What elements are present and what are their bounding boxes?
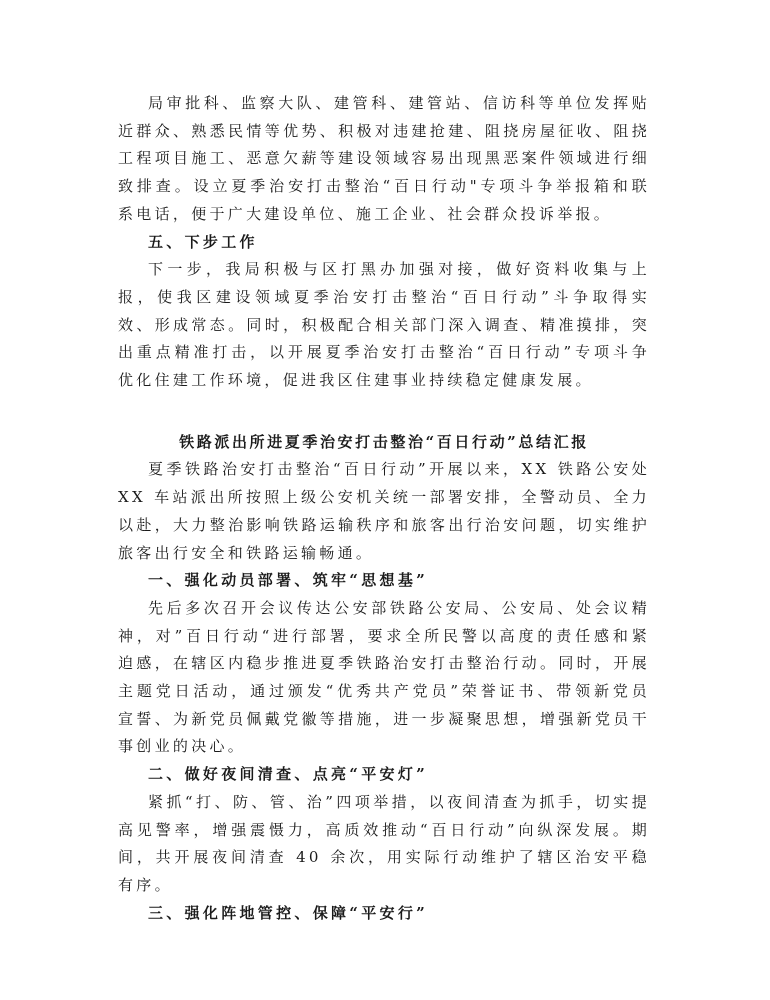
section-body-1: 先后多次召开会议传达公安部铁路公安局、公安局、处会议精神，对”百日行动“进行部署… <box>118 595 650 761</box>
report-title: 铁路派出所进夏季治安打击整治“百日行动”总结汇报 <box>118 429 650 457</box>
report-intro: 夏季铁路治安打击整治“百日行动”开展以来，XX 铁路公安处 XX 车站派出所按照… <box>118 456 650 567</box>
section-heading-1: 一、强化动员部署、筑牢“思想基” <box>118 567 650 595</box>
section-heading-next-steps: 五、下步工作 <box>118 229 650 257</box>
section-gap <box>118 395 650 429</box>
section-heading-3: 三、强化阵地管控、保障“平安行” <box>118 900 650 928</box>
paragraph-continued: 局审批科、监察大队、建管科、建管站、信访科等单位发挥贴近群众、熟悉民情等优势、积… <box>118 90 650 229</box>
section-body-2: 紧抓“打、防、管、治”四项举措，以夜间清查为抓手，切实提高见警率，增强震慑力，高… <box>118 789 650 900</box>
section-heading-2: 二、做好夜间清查、点亮“平安灯” <box>118 761 650 789</box>
document-page: 局审批科、监察大队、建管科、建管站、信访科等单位发挥贴近群众、熟悉民情等优势、积… <box>118 90 650 927</box>
paragraph-next-steps: 下一步，我局积极与区打黑办加强对接，做好资料收集与上报，使我区建设领域夏季治安打… <box>118 256 650 395</box>
